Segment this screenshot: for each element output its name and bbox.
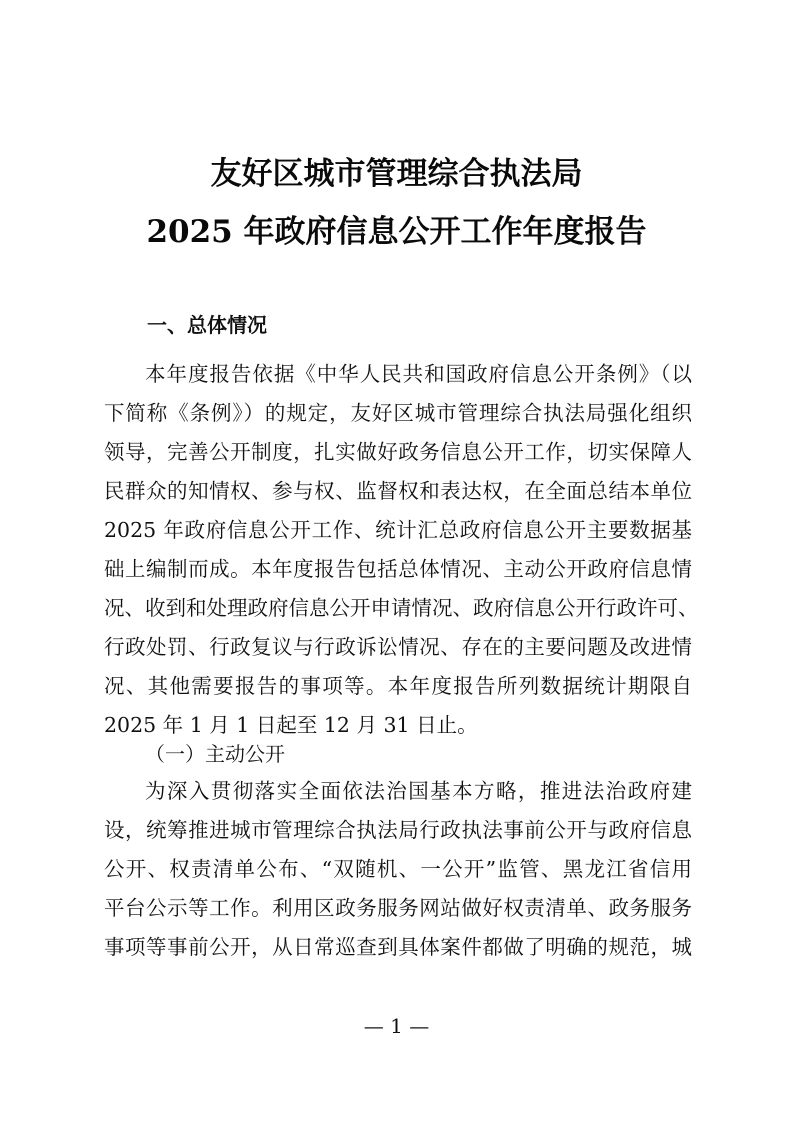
paragraph-line: 民群众的知情权、参与权、监督权和表达权，在全面总结本单位 bbox=[104, 477, 692, 505]
paragraph-line: 为深入贯彻落实全面依法治国基本方略，推进法治政府建 bbox=[145, 777, 692, 805]
paragraph-line: 础上编制而成。本年度报告包括总体情况、主动公开政府信息情 bbox=[104, 555, 692, 583]
paragraph-line: 本年度报告依据《中华人民共和国政府信息公开条例》（以 bbox=[145, 360, 692, 388]
document-page: 友好区城市管理综合执法局 2025 年政府信息公开工作年度报告 一、总体情况 本… bbox=[0, 0, 793, 1122]
document-title-line-1: 友好区城市管理综合执法局 bbox=[0, 154, 793, 194]
paragraph-line: 领导，完善公开制度，扎实做好政务信息公开工作，切实保障人 bbox=[104, 438, 692, 466]
paragraph-line: 况、其他需要报告的事项等。本年度报告所列数据统计期限自 bbox=[104, 672, 692, 700]
paragraph-line: 公开、权责清单公布、“双随机、一公开”监管、黑龙江省信用 bbox=[104, 855, 692, 883]
paragraph-line: 事项等事前公开，从日常巡查到具体案件都做了明确的规范，城 bbox=[104, 933, 692, 961]
paragraph-line: 行政处罚、行政复议与行政诉讼情况、存在的主要问题及改进情 bbox=[104, 633, 692, 661]
paragraph-line: 2025 年 1 月 1 日起至 12 月 31 日止。 bbox=[104, 711, 692, 739]
document-title-line-2: 2025 年政府信息公开工作年度报告 bbox=[0, 212, 793, 252]
page-number: — 1 — bbox=[0, 1012, 793, 1040]
paragraph-line: 平台公示等工作。利用区政务服务网站做好权责清单、政务服务 bbox=[104, 894, 692, 922]
paragraph-line: 2025 年政府信息公开工作、统计汇总政府信息公开主要数据基 bbox=[104, 516, 692, 544]
paragraph-line: 设，统筹推进城市管理综合执法局行政执法事前公开与政府信息 bbox=[104, 816, 692, 844]
section-heading-overview: 一、总体情况 bbox=[147, 311, 267, 339]
paragraph-line: 下简称《条例》）的规定，友好区城市管理综合执法局强化组织 bbox=[104, 399, 692, 427]
paragraph-line: 况、收到和处理政府信息公开申请情况、政府信息公开行政许可、 bbox=[104, 594, 692, 622]
subsection-heading-proactive-disclosure: （一）主动公开 bbox=[145, 740, 285, 768]
